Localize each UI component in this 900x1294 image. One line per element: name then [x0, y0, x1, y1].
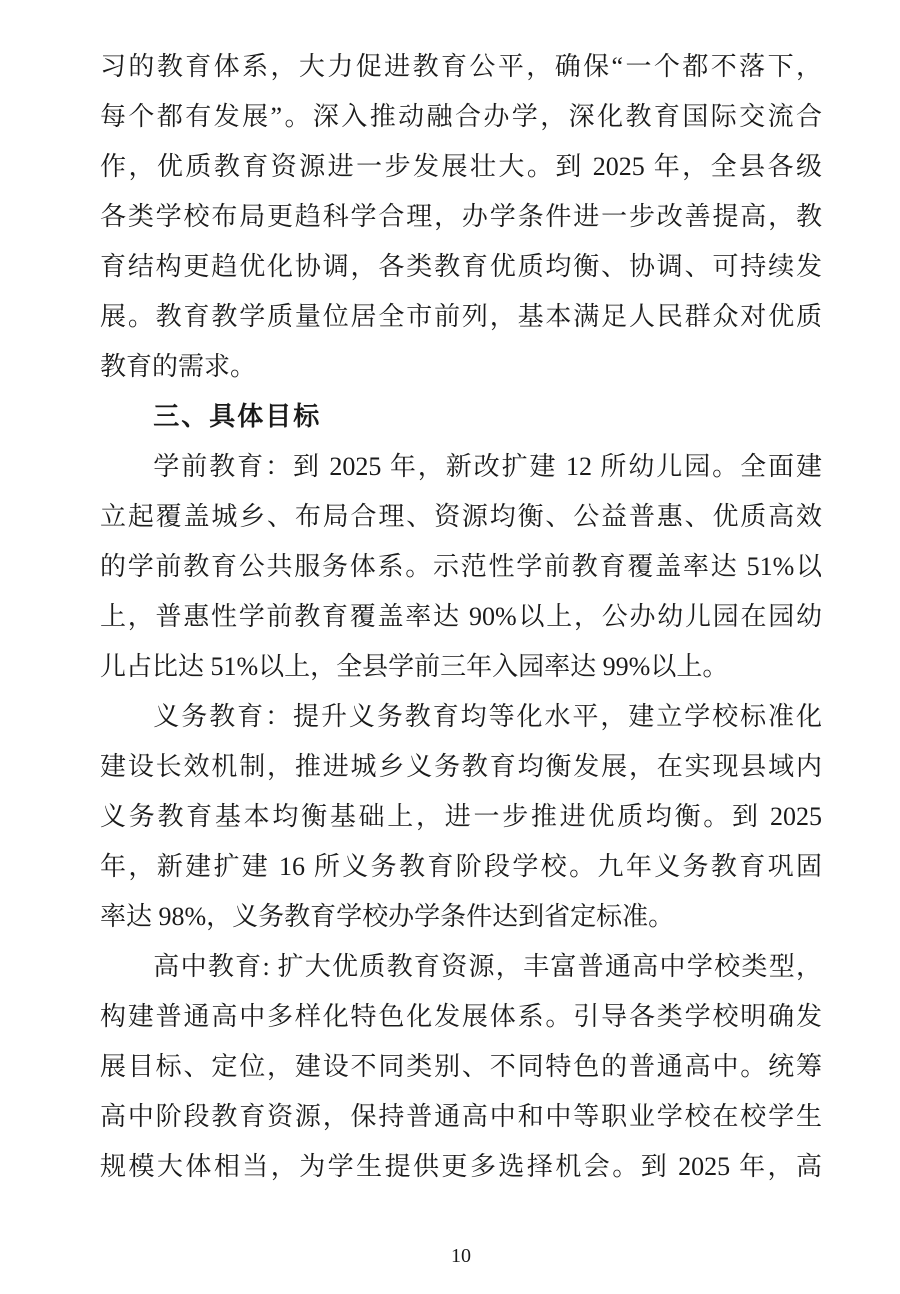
text-line: 各类学校布局更趋科学合理，办学条件进一步改善提高，教 [100, 192, 822, 242]
section-heading-specific-goals: 三、具体目标 [100, 392, 822, 442]
text-line: 建设长效机制，推进城乡义务教育均衡发展，在实现县域内 [100, 742, 822, 792]
text-line: 教育的需求。 [100, 342, 822, 392]
document-content: 习的教育体系，大力促进教育公平，确保“一个都不落下，每个都有发展”。深入推动融合… [100, 42, 822, 1192]
text-line: 率达 98%，义务教育学校办学条件达到省定标准。 [100, 892, 822, 942]
text-line: 儿占比达 51%以上，全县学前三年入园率达 99%以上。 [100, 642, 822, 692]
paragraphs-container: 习的教育体系，大力促进教育公平，确保“一个都不落下，每个都有发展”。深入推动融合… [100, 42, 822, 1192]
text-line: 规模大体相当，为学生提供更多选择机会。到 2025 年，高 [100, 1142, 822, 1192]
text-line: 高中阶段教育资源，保持普通高中和中等职业学校在校学生 [100, 1092, 822, 1142]
text-line: 每个都有发展”。深入推动融合办学，深化教育国际交流合 [100, 92, 822, 142]
document-page: 习的教育体系，大力促进教育公平，确保“一个都不落下，每个都有发展”。深入推动融合… [0, 0, 900, 1294]
text-line: 育结构更趋优化协调，各类教育优质均衡、协调、可持续发 [100, 242, 822, 292]
text-line: 展。教育教学质量位居全市前列，基本满足人民群众对优质 [100, 292, 822, 342]
text-line: 年，新建扩建 16 所义务教育阶段学校。九年义务教育巩固 [100, 842, 822, 892]
text-line: 习的教育体系，大力促进教育公平，确保“一个都不落下， [100, 42, 822, 92]
text-line: 学前教育：到 2025 年，新改扩建 12 所幼儿园。全面建 [100, 442, 822, 492]
text-line: 构建普通高中多样化特色化发展体系。引导各类学校明确发 [100, 992, 822, 1042]
text-line: 义务教育：提升义务教育均等化水平，建立学校标准化 [100, 692, 822, 742]
text-line: 展目标、定位，建设不同类别、不同特色的普通高中。统筹 [100, 1042, 822, 1092]
text-line: 作，优质教育资源进一步发展壮大。到 2025 年，全县各级 [100, 142, 822, 192]
text-line: 立起覆盖城乡、布局合理、资源均衡、公益普惠、优质高效 [100, 492, 822, 542]
text-line: 义务教育基本均衡基础上，进一步推进优质均衡。到 2025 [100, 792, 822, 842]
page-number: 10 [100, 1242, 822, 1270]
text-line: 上，普惠性学前教育覆盖率达 90%以上，公办幼儿园在园幼 [100, 592, 822, 642]
text-line: 高中教育: 扩大优质教育资源，丰富普通高中学校类型， [100, 942, 822, 992]
text-line: 的学前教育公共服务体系。示范性学前教育覆盖率达 51%以 [100, 542, 822, 592]
